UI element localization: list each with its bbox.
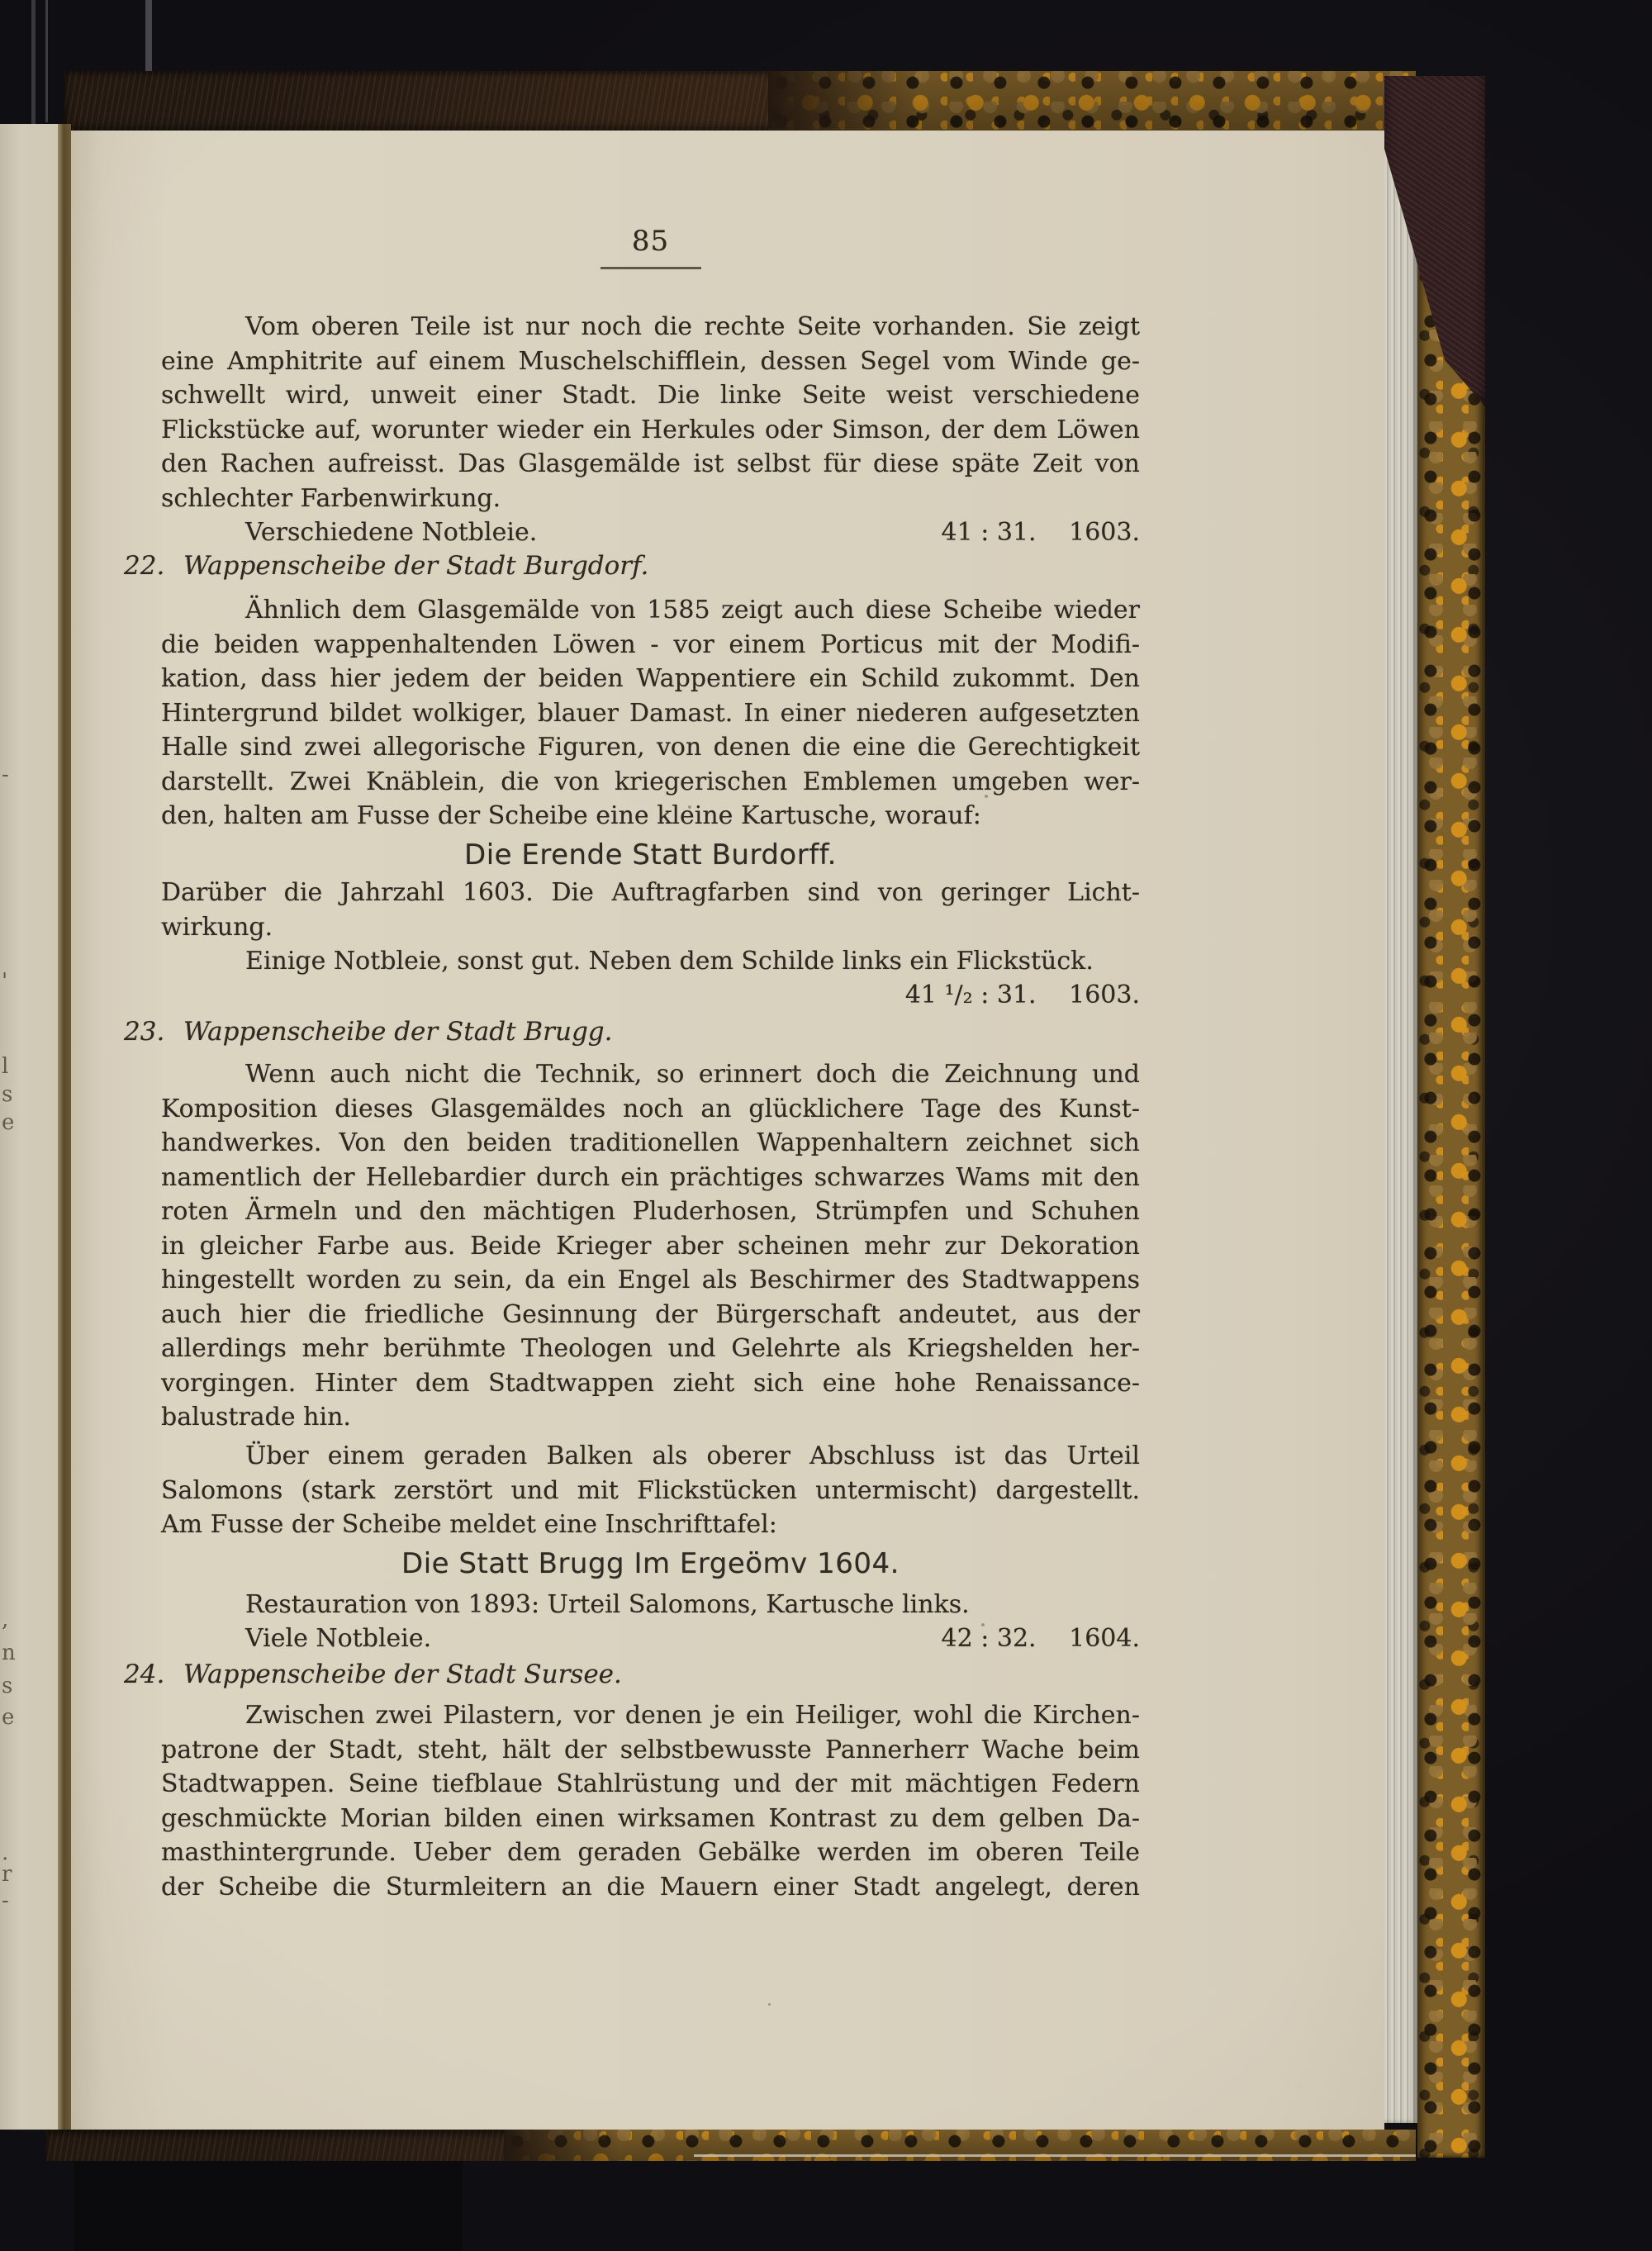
text-line: auch hier die friedliche Gesinnung der B… [161, 1298, 1140, 1332]
text-line: Zwischen zwei Pilastern, vor denen je ei… [161, 1698, 1140, 1733]
page-text: 85 Vom oberen Teile ist nur noch die rec… [0, 0, 1652, 2251]
dimension-row: Viele Notbleie.42 : 32. 1604. [161, 1622, 1140, 1656]
page-number-rule [601, 267, 701, 269]
text-line: in gleicher Farbe aus. Beide Krieger abe… [161, 1229, 1140, 1264]
entry-title: Wappenscheibe der Stadt Brugg. [183, 1017, 613, 1047]
page-number: 85 [161, 225, 1140, 258]
paper-speck [768, 2003, 771, 2006]
entry-number: 23. [124, 1014, 175, 1049]
text-line: Salomons (stark zerstört und mit Flickst… [161, 1474, 1140, 1508]
inscription-line: Die Erende Statt Burdorff. [161, 836, 1140, 874]
paper-speck [985, 795, 988, 798]
text-line: Ähnlich dem Glasgemälde von 1585 zeigt a… [161, 593, 1140, 628]
text-line: Flickstücke auf, worunter wieder ein Her… [161, 413, 1140, 448]
text-line: masthintergrunde. Ueber dem geraden Gebä… [161, 1835, 1140, 1870]
paper-speck [688, 805, 691, 809]
dimension-row: Verschiedene Notbleie.41 : 31. 1603. [161, 515, 1140, 550]
text-line: darstellt. Zwei Knäblein, die von kriege… [161, 765, 1140, 800]
text-line: Restauration von 1893: Urteil Salomons, … [161, 1588, 1140, 1622]
text-line: patrone der Stadt, steht, hält der selbs… [161, 1733, 1140, 1768]
text-line: balustrade hin. [161, 1400, 1140, 1435]
inscription-line: Die Statt Brugg Im Ergeömv 1604. [161, 1545, 1140, 1583]
condition-note: Verschiedene Notbleie. [161, 518, 537, 547]
paragraph: Darüber die Jahrzahl 1603. Die Auftragfa… [161, 876, 1140, 944]
text-line: schwellt wird, unweit einer Stadt. Die l… [161, 378, 1140, 413]
dimensions-value: 41 ¹/₂ : 31. 1603. [905, 978, 1140, 1013]
text-line: eine Amphitrite auf einem Muschelschiffl… [161, 344, 1140, 379]
book-scan: -'lse,nse.r- 85 Vom oberen Teile ist nur… [0, 0, 1652, 2251]
catalog-entry-heading: 22.Wappenscheibe der Stadt Burgdorf. [124, 549, 1140, 583]
paragraph: Über einem geraden Balken als oberer Abs… [161, 1439, 1140, 1542]
text-line: roten Ärmeln und den mächtigen Pluderhos… [161, 1194, 1140, 1229]
text-line: handwerkes. Von den beiden traditionelle… [161, 1126, 1140, 1161]
text-line: hingestellt worden zu sein, da ein Engel… [161, 1263, 1140, 1298]
text-line: die beiden wappenhaltenden Löwen - vor e… [161, 628, 1140, 662]
text-line: den, halten am Fusse der Scheibe eine kl… [161, 799, 1140, 833]
text-line: vorgingen. Hinter dem Stadtwappen zieht … [161, 1366, 1140, 1401]
text-line: Einige Notbleie, sonst gut. Neben dem Sc… [161, 944, 1140, 979]
text-line: Wenn auch nicht die Technik, so erinnert… [161, 1057, 1140, 1092]
dimensions-value: 41 : 31. 1603. [942, 515, 1140, 550]
condition-note: Viele Notbleie. [161, 1624, 431, 1653]
text-line: Über einem geraden Balken als oberer Abs… [161, 1439, 1140, 1474]
text-line: schlechter Farbenwirkung. [161, 482, 1140, 516]
paragraph: Restauration von 1893: Urteil Salomons, … [161, 1588, 1140, 1622]
dimensions-value: 42 : 32. 1604. [942, 1622, 1140, 1656]
entry-number: 24. [124, 1657, 175, 1692]
entry-number: 22. [124, 549, 175, 583]
text-line: geschmückte Morian bilden einen wirksame… [161, 1802, 1140, 1836]
text-line: kation, dass hier jedem der beiden Wappe… [161, 662, 1140, 696]
entry-title: Wappenscheibe der Stadt Burgdorf. [183, 551, 648, 581]
text-line: Vom oberen Teile ist nur noch die rechte… [161, 310, 1140, 344]
paragraph: Zwischen zwei Pilastern, vor denen je ei… [161, 1698, 1140, 1904]
text-line: Halle sind zwei allegorische Figuren, vo… [161, 730, 1140, 765]
catalog-entry-heading: 24.Wappenscheibe der Stadt Sursee. [124, 1657, 1140, 1692]
catalog-entry-heading: 23.Wappenscheibe der Stadt Brugg. [124, 1014, 1140, 1049]
text-line: Am Fusse der Scheibe meldet eine Inschri… [161, 1508, 1140, 1542]
entry-title: Wappenscheibe der Stadt Sursee. [183, 1660, 622, 1689]
paragraph: Vom oberen Teile ist nur noch die rechte… [161, 310, 1140, 515]
text-line: der Scheibe die Sturmleitern an die Maue… [161, 1870, 1140, 1905]
text-line: Hintergrund bildet wolkiger, blauer Dama… [161, 696, 1140, 731]
text-line: den Rachen aufreisst. Das Glasgemälde is… [161, 447, 1140, 482]
paragraph: Ähnlich dem Glasgemälde von 1585 zeigt a… [161, 593, 1140, 833]
paragraph: Wenn auch nicht die Technik, so erinnert… [161, 1057, 1140, 1435]
text-line: Darüber die Jahrzahl 1603. Die Auftragfa… [161, 876, 1140, 910]
text-line: allerdings mehr berühmte Theologen und G… [161, 1332, 1140, 1366]
text-line: wirkung. [161, 910, 1140, 945]
dimension-row: 41 ¹/₂ : 31. 1603. [161, 978, 1140, 1013]
paper-speck [981, 1623, 985, 1627]
text-line: Komposition dieses Glasgemäldes noch an … [161, 1092, 1140, 1127]
text-line: namentlich der Hellebardier durch ein pr… [161, 1161, 1140, 1195]
paragraph: Einige Notbleie, sonst gut. Neben dem Sc… [161, 944, 1140, 979]
text-line: Stadtwappen. Seine tiefblaue Stahlrüstun… [161, 1767, 1140, 1802]
